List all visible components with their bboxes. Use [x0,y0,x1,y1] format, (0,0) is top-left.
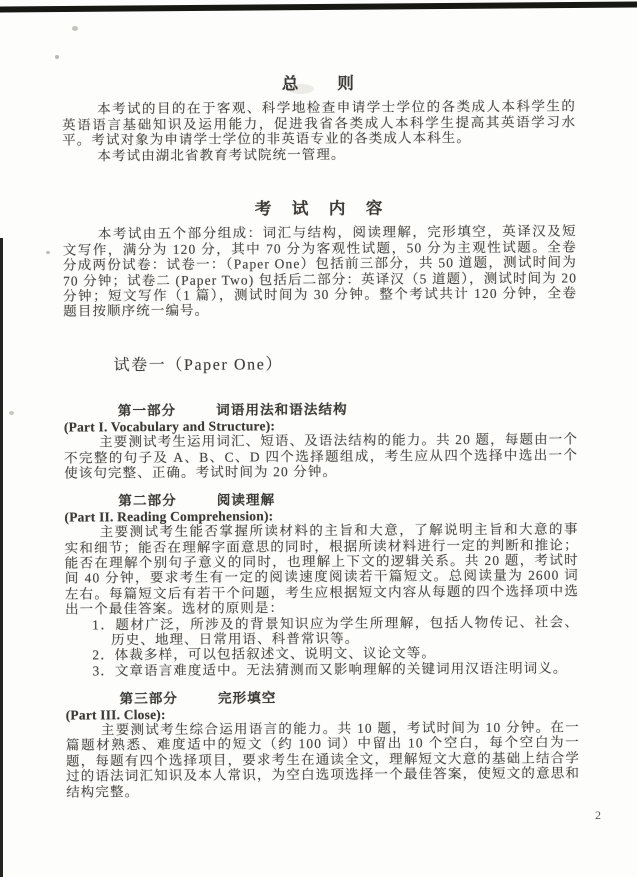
part-2-material-principles: 1．题材广泛，所涉及的背景知识应为学生所理解，包括人物传记、社会、历史、地理、日… [65,614,579,679]
part-2-number: 第二部分 [118,493,176,508]
exam-content-title: 考 试 内 容 [63,199,577,218]
scan-speck [9,411,14,415]
part-1-body: 主要测试考生运用词汇、短语、及语法结构的能力。共 20 题，每题由一个不完整的句… [64,432,578,481]
section-gap [64,371,578,404]
scan-edge-left [0,238,3,877]
page-number: 2 [595,808,601,823]
part-3-number: 第三部分 [120,691,178,706]
part-2-body: 主要测试考生能否掌握所读材料的主旨和大意，了解说明主旨和大意的事实和细节；能否在… [65,522,580,618]
part-1-number: 第一部分 [118,403,176,418]
part-1-subtitle: 词语用法和语法结构 [216,402,347,418]
scan-speck [72,26,78,31]
general-rules-paragraph-1: 本考试的目的在于客观、科学地检查申请学士学位的各类成人本科学生的英语语言基础知识… [62,99,576,148]
scan-edge-top [0,1,637,12]
scanned-document-page: 总 则 本考试的目的在于客观、科学地检查申请学士学位的各类成人本科学生的英语语言… [62,74,580,799]
part-3-body: 主要测试考生综合运用语言的能力。共 10 题，考试时间为 10 分钟。在一篇题材… [66,719,580,799]
scan-speck [55,55,59,59]
general-rules-title: 总 则 [62,74,576,93]
part-3-subtitle: 完形填空 [218,690,276,705]
section-gap [63,316,577,358]
part-2-subtitle: 阅读理解 [217,493,275,508]
scan-speck [46,251,50,254]
exam-content-paragraph: 本考试由五个部分组成：词汇与结构，阅读理解，完形填空，英译汉及短文写作，满分为 … [63,224,578,320]
principle-item-1: 1．题材广泛，所涉及的背景知识应为学生所理解，包括人物传记、社会、历史、地理、日… [65,614,579,648]
section-gap [62,160,576,202]
